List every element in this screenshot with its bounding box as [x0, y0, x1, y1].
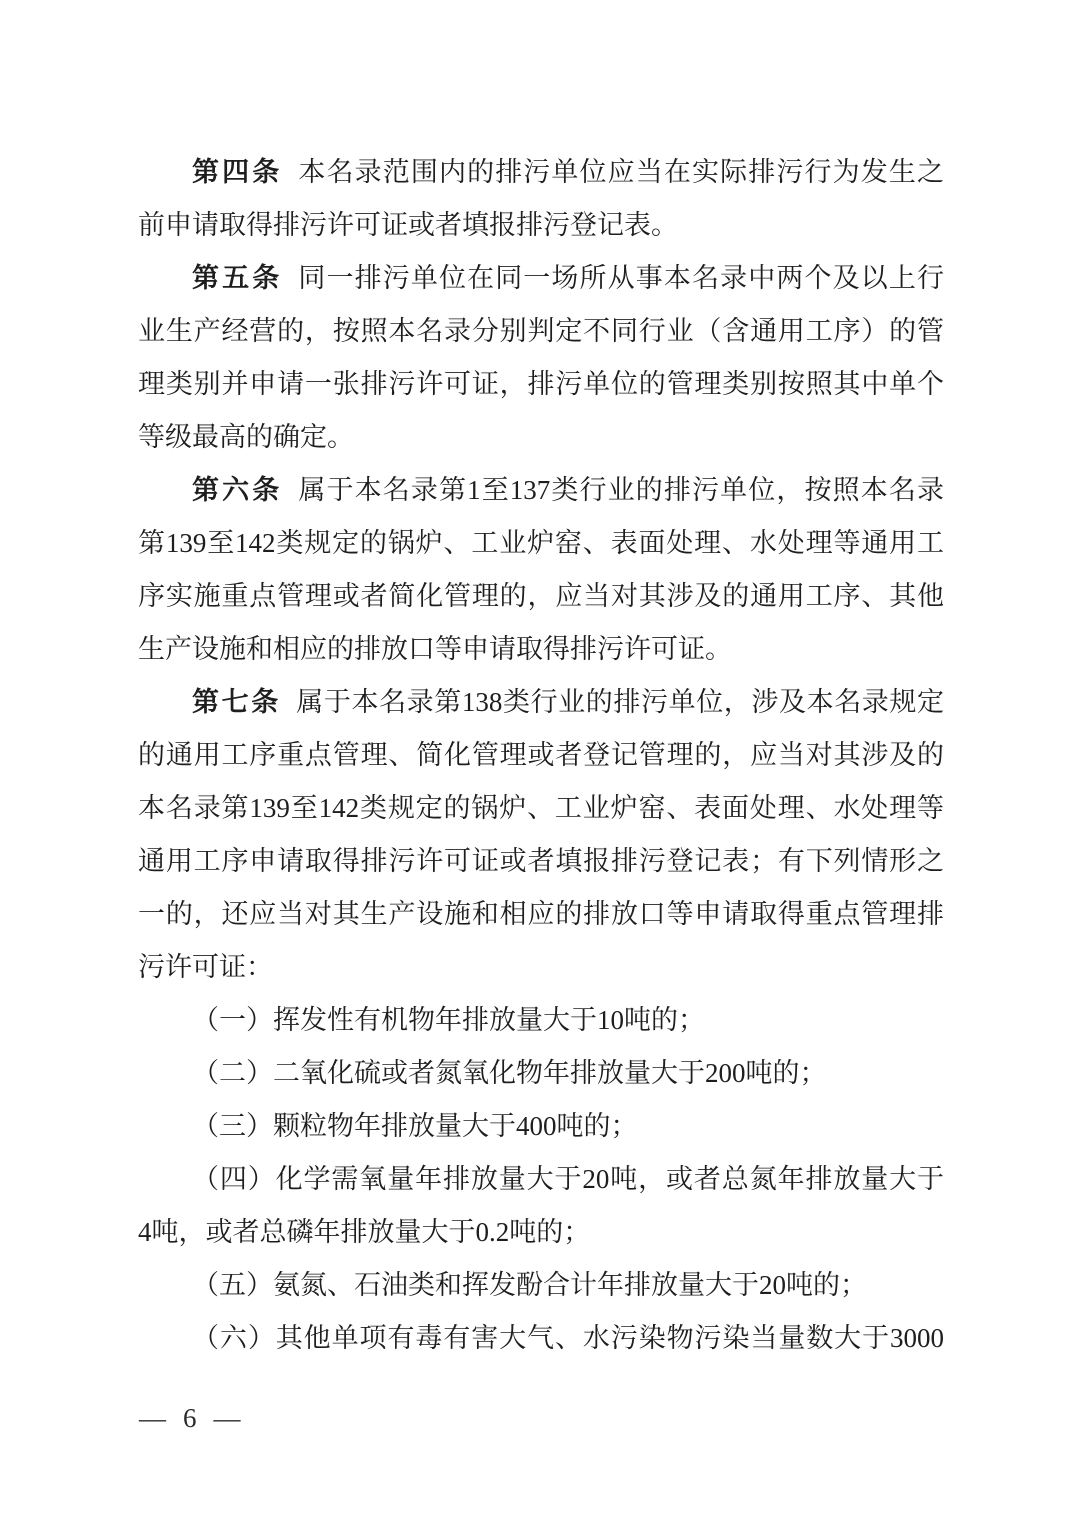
text-line: 通用工序申请取得排污许可证或者填报排污登记表；有下列情形之 [138, 835, 944, 888]
article-paragraph: 第五条同一排污单位在同一场所从事本名录中两个及以上行业生产经营的，按照本名录分别… [138, 252, 944, 464]
page-body: 第四条本名录范围内的排污单位应当在实际排污行为发生之前申请取得排污许可证或者填报… [138, 146, 944, 1365]
text-line: 等级最高的确定。 [138, 411, 944, 464]
page-footer: — 6 — [139, 1402, 241, 1434]
clause-item: （六）其他单项有毒有害大气、水污染物污染当量数大于3000 [138, 1312, 944, 1365]
text-line: 业生产经营的，按照本名录分别判定不同行业（含通用工序）的管 [138, 305, 944, 358]
text-line: 前申请取得排污许可证或者填报排污登记表。 [138, 199, 944, 252]
text-line: （三）颗粒物年排放量大于400吨的； [138, 1100, 944, 1153]
text-line: 生产设施和相应的排放口等申请取得排污许可证。 [138, 623, 944, 676]
page-number: 6 [183, 1402, 197, 1434]
text-line: 本名录第139至142类规定的锅炉、工业炉窑、表面处理、水处理等 [138, 782, 944, 835]
document-page: 第四条本名录范围内的排污单位应当在实际排污行为发生之前申请取得排污许可证或者填报… [0, 0, 1080, 1527]
text-line: 第七条属于本名录第138类行业的排污单位，涉及本名录规定 [138, 676, 944, 729]
article-number: 第六条 [192, 475, 282, 505]
article-paragraph: 第四条本名录范围内的排污单位应当在实际排污行为发生之前申请取得排污许可证或者填报… [138, 146, 944, 252]
text-line: 理类别并申请一张排污许可证，排污单位的管理类别按照其中单个 [138, 358, 944, 411]
text-line: 一的，还应当对其生产设施和相应的排放口等申请取得重点管理排 [138, 888, 944, 941]
article-paragraph: 第七条属于本名录第138类行业的排污单位，涉及本名录规定的通用工序重点管理、简化… [138, 676, 944, 994]
clause-item: （二）二氧化硫或者氮氧化物年排放量大于200吨的； [138, 1047, 944, 1100]
clause-item: （四）化学需氧量年排放量大于20吨，或者总氮年排放量大于4吨，或者总磷年排放量大… [138, 1153, 944, 1259]
clause-item: （五）氨氮、石油类和挥发酚合计年排放量大于20吨的； [138, 1259, 944, 1312]
text-line: （二）二氧化硫或者氮氧化物年排放量大于200吨的； [138, 1047, 944, 1100]
text-line: （五）氨氮、石油类和挥发酚合计年排放量大于20吨的； [138, 1259, 944, 1312]
clause-item: （三）颗粒物年排放量大于400吨的； [138, 1100, 944, 1153]
footer-dash-right: — [214, 1402, 241, 1434]
text-line: （六）其他单项有毒有害大气、水污染物污染当量数大于3000 [138, 1312, 944, 1365]
footer-dash-left: — [139, 1402, 166, 1434]
text-line: 第六条属于本名录第1至137类行业的排污单位，按照本名录 [138, 464, 944, 517]
text-line: 污许可证： [138, 941, 944, 994]
text-line: 第139至142类规定的锅炉、工业炉窑、表面处理、水处理等通用工 [138, 517, 944, 570]
text-line: 4吨，或者总磷年排放量大于0.2吨的； [138, 1206, 944, 1259]
clause-item: （一）挥发性有机物年排放量大于10吨的； [138, 994, 944, 1047]
article-number: 第四条 [192, 157, 282, 187]
text-line: 第四条本名录范围内的排污单位应当在实际排污行为发生之 [138, 146, 944, 199]
text-line: （一）挥发性有机物年排放量大于10吨的； [138, 994, 944, 1047]
text-line: 第五条同一排污单位在同一场所从事本名录中两个及以上行 [138, 252, 944, 305]
text-line: 的通用工序重点管理、简化管理或者登记管理的，应当对其涉及的 [138, 729, 944, 782]
article-number: 第五条 [192, 263, 282, 293]
article-paragraph: 第六条属于本名录第1至137类行业的排污单位，按照本名录第139至142类规定的… [138, 464, 944, 676]
text-line: （四）化学需氧量年排放量大于20吨，或者总氮年排放量大于 [138, 1153, 944, 1206]
article-number: 第七条 [192, 687, 281, 717]
text-line: 序实施重点管理或者简化管理的，应当对其涉及的通用工序、其他 [138, 570, 944, 623]
